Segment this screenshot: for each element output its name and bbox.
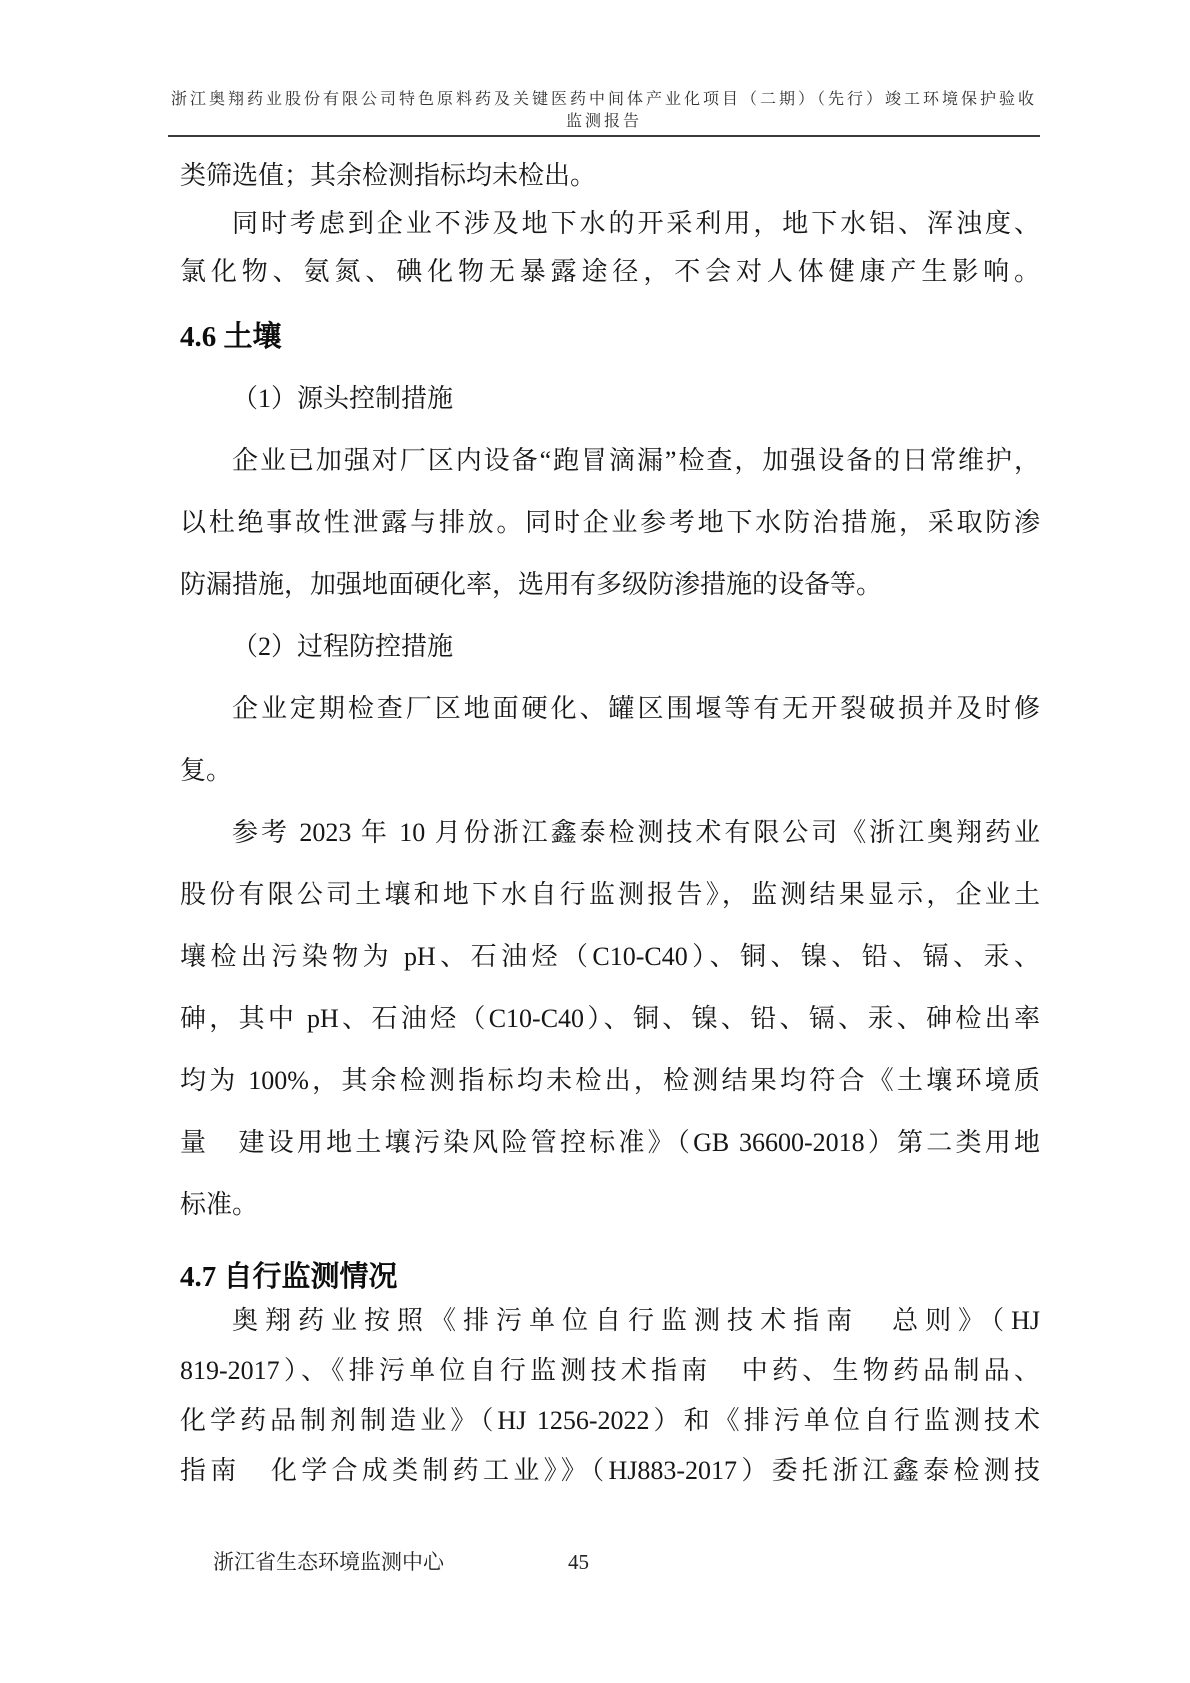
paragraph: 类筛选值；其余检测指标均未检出。 [180,152,1040,200]
text-line: 同时考虑到企业不涉及地下水的开采利用，地下水铝、浑浊度、 [180,200,1040,248]
text-line: （1）源头控制措施 [180,368,1040,430]
text-line: 股份有限公司土壤和地下水自行监测报告》，监测结果显示，企业土 [180,864,1040,926]
paragraph: （2）过程防控措施 [180,616,1040,678]
text-line: 参考 2023 年 10 月份浙江鑫泰检测技术有限公司《浙江奥翔药业 [180,802,1040,864]
text-line: 均为 100%，其余检测指标均未检出，检测结果均符合《土壤环境质 [180,1050,1040,1112]
document-body: 类筛选值；其余检测指标均未检出。同时考虑到企业不涉及地下水的开采利用，地下水铝、… [180,152,1040,1496]
header-title-line2: 监测报告 [168,111,1040,133]
text-line: 企业已加强对厂区内设备“跑冒滴漏”检查，加强设备的日常维护， [180,430,1040,492]
text-line: 复。 [180,740,1040,802]
document-page: 浙江奥翔药业股份有限公司特色原料药及关键医药中间体产业化项目（二期）（先行）竣工… [0,0,1190,1683]
text-line: 819-2017）、《排污单位自行监测技术指南 中药、生物药品制品、 [180,1346,1040,1396]
text-line: 指南 化学合成类制药工业》》（HJ883-2017）委托浙江鑫泰检测技 [180,1446,1040,1496]
text-line: 化学药品制剂制造业》（HJ 1256-2022）和《排污单位自行监测技术 [180,1396,1040,1446]
text-line: 氯化物、氨氮、碘化物无暴露途径，不会对人体健康产生影响。 [180,248,1040,296]
paragraph: 企业定期检查厂区地面硬化、罐区围堰等有无开裂破损并及时修复。 [180,678,1040,802]
paragraph: （1）源头控制措施 [180,368,1040,430]
footer-page-number: 45 [568,1549,589,1575]
paragraph: 奥翔药业按照《排污单位自行监测技术指南 总则》（HJ819-2017）、《排污单… [180,1296,1040,1496]
text-line: 砷，其中 pH、石油烃（C10-C40）、铜、镍、铅、镉、汞、砷检出率 [180,988,1040,1050]
text-line: 奥翔药业按照《排污单位自行监测技术指南 总则》（HJ [180,1296,1040,1346]
paragraph: 参考 2023 年 10 月份浙江鑫泰检测技术有限公司《浙江奥翔药业股份有限公司… [180,802,1040,1236]
page-header: 浙江奥翔药业股份有限公司特色原料药及关键医药中间体产业化项目（二期）（先行）竣工… [168,89,1040,137]
section-heading: 4.6 土壤 [180,306,1040,368]
header-title-line1: 浙江奥翔药业股份有限公司特色原料药及关键医药中间体产业化项目（二期）（先行）竣工… [168,89,1040,111]
text-line: 量 建设用地土壤污染风险管控标准》（GB 36600-2018）第二类用地 [180,1112,1040,1174]
text-line: 壤检出污染物为 pH、石油烃（C10-C40）、铜、镍、铅、镉、汞、 [180,926,1040,988]
footer-organization: 浙江省生态环境监测中心 [213,1549,444,1575]
text-line: 防漏措施，加强地面硬化率，选用有多级防渗措施的设备等。 [180,554,1040,616]
text-line: 类筛选值；其余检测指标均未检出。 [180,152,1040,200]
text-line: 标准。 [180,1174,1040,1236]
text-line: 企业定期检查厂区地面硬化、罐区围堰等有无开裂破损并及时修 [180,678,1040,740]
text-line: （2）过程防控措施 [180,616,1040,678]
text-line: 以杜绝事故性泄露与排放。同时企业参考地下水防治措施，采取防渗 [180,492,1040,554]
page-footer: 浙江省生态环境监测中心 45 [180,1549,1040,1579]
paragraph: 企业已加强对厂区内设备“跑冒滴漏”检查，加强设备的日常维护，以杜绝事故性泄露与排… [180,430,1040,616]
paragraph: 同时考虑到企业不涉及地下水的开采利用，地下水铝、浑浊度、氯化物、氨氮、碘化物无暴… [180,200,1040,296]
